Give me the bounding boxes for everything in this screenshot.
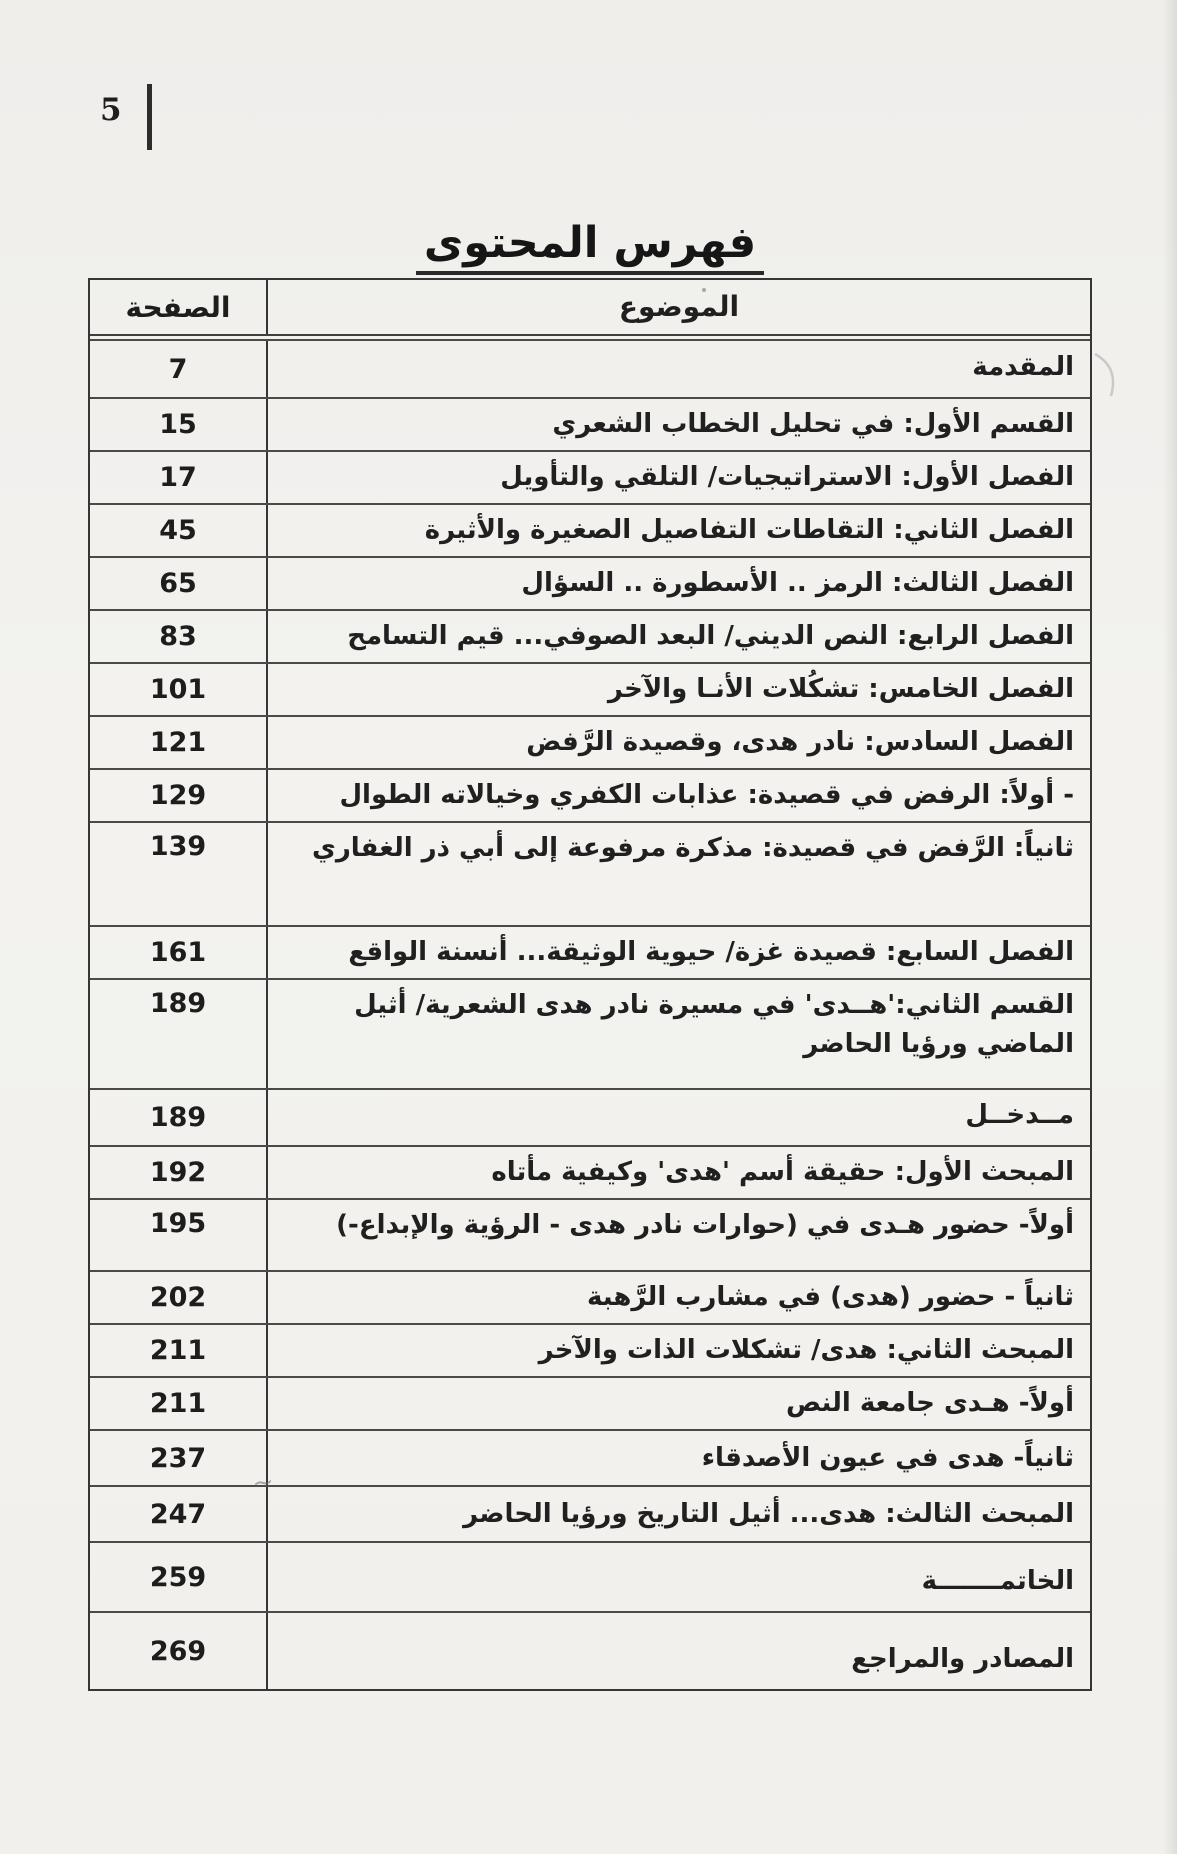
toc-page-cell: 259 bbox=[90, 1543, 268, 1611]
toc-topic-cell: الفصل الخامس: تشكُلات الأنـا والآخر bbox=[268, 664, 1090, 715]
toc-page-cell: 139 bbox=[90, 823, 268, 925]
toc-page-cell: 129 bbox=[90, 770, 268, 821]
toc-page-cell: 202 bbox=[90, 1272, 268, 1323]
toc-header-topic: الموضوع bbox=[268, 280, 1090, 334]
toc-row: 101 الفصل الخامس: تشكُلات الأنـا والآخر bbox=[90, 662, 1090, 715]
toc-page-cell: 211 bbox=[90, 1378, 268, 1429]
toc-row: 195 أولاً- حضور هـدى في (حوارات نادر هدى… bbox=[90, 1198, 1090, 1270]
toc-row: 192 المبحث الأول: حقيقة أسم 'هدى' وكيفية… bbox=[90, 1145, 1090, 1198]
toc-row: 129 - أولاً: الرفض في قصيدة: عذابات الكف… bbox=[90, 768, 1090, 821]
scan-artifact bbox=[1093, 352, 1119, 398]
toc-topic-cell: القسم الأول: في تحليل الخطاب الشعري bbox=[268, 399, 1090, 450]
toc-topic-cell: المبحث الثالث: هدى... أثيل التاريخ ورؤيا… bbox=[268, 1487, 1090, 1541]
toc-row: 189 القسم الثاني:'هــدى' في مسيرة نادر ه… bbox=[90, 978, 1090, 1088]
toc-row: 247 المبحث الثالث: هدى... أثيل التاريخ و… bbox=[90, 1485, 1090, 1541]
toc-row: 7 المقدمة bbox=[90, 339, 1090, 397]
toc-topic-cell: أولاً- حضور هـدى في (حوارات نادر هدى - ا… bbox=[268, 1200, 1090, 1270]
toc-page-cell: 192 bbox=[90, 1147, 268, 1198]
toc-topic-cell: الخاتمـــــــة bbox=[268, 1543, 1090, 1611]
title-container: فهرس المحتوى bbox=[88, 218, 1092, 275]
scan-edge-shadow bbox=[1163, 0, 1177, 1854]
toc-topic-cell: ثانياً- هدى في عيون الأصدقاء bbox=[268, 1431, 1090, 1485]
toc-row: 139 ثانياً: الرَّفض في قصيدة: مذكرة مرفو… bbox=[90, 821, 1090, 925]
toc-row: 121 الفصل السادس: نادر هدى، وقصيدة الرَّ… bbox=[90, 715, 1090, 768]
toc-topic-cell: المصادر والمراجع bbox=[268, 1613, 1090, 1689]
toc-row: 83 الفصل الرابع: النص الديني/ البعد الصو… bbox=[90, 609, 1090, 662]
toc-row: 17 الفصل الأول: الاستراتيجيات/ التلقي وا… bbox=[90, 450, 1090, 503]
toc-page-cell: 17 bbox=[90, 452, 268, 503]
toc-topic-cell: الفصل السادس: نادر هدى، وقصيدة الرَّفض bbox=[268, 717, 1090, 768]
toc-page-cell: 161 bbox=[90, 927, 268, 978]
toc-row: 211 المبحث الثاني: هدى/ تشكلات الذات وال… bbox=[90, 1323, 1090, 1376]
toc-page-cell: 65 bbox=[90, 558, 268, 609]
toc-row: 65 الفصل الثالث: الرمز .. الأسطورة .. ال… bbox=[90, 556, 1090, 609]
toc-topic-cell: الفصل الأول: الاستراتيجيات/ التلقي والتأ… bbox=[268, 452, 1090, 503]
toc-row: 189 مــدخــل bbox=[90, 1088, 1090, 1145]
toc-row: 15 القسم الأول: في تحليل الخطاب الشعري bbox=[90, 397, 1090, 450]
toc-topic-cell: ثانياً: الرَّفض في قصيدة: مذكرة مرفوعة إ… bbox=[268, 823, 1090, 925]
toc-page-cell: 211 bbox=[90, 1325, 268, 1376]
toc-row: 237 ثانياً- هدى في عيون الأصدقاء bbox=[90, 1429, 1090, 1485]
toc-page-cell: 269 bbox=[90, 1613, 268, 1689]
folio-rule bbox=[147, 84, 152, 150]
toc-topic-cell: مــدخــل bbox=[268, 1090, 1090, 1145]
toc-row: 202 ثانياً - حضور (هدى) في مشارب الرَّهب… bbox=[90, 1270, 1090, 1323]
toc-table: الصفحة الموضوع 7 المقدمة 15 القسم الأول:… bbox=[88, 278, 1092, 1691]
toc-topic-cell: الفصل الثاني: التقاطات التفاصيل الصغيرة … bbox=[268, 505, 1090, 556]
toc-topic-cell: الفصل الرابع: النص الديني/ البعد الصوفي.… bbox=[268, 611, 1090, 662]
toc-topic-cell: المبحث الثاني: هدى/ تشكلات الذات والآخر bbox=[268, 1325, 1090, 1376]
toc-topic-cell: الفصل الثالث: الرمز .. الأسطورة .. السؤا… bbox=[268, 558, 1090, 609]
toc-row: 161 الفصل السابع: قصيدة غزة/ حيوية الوثي… bbox=[90, 925, 1090, 978]
toc-topic-cell: - أولاً: الرفض في قصيدة: عذابات الكفري و… bbox=[268, 770, 1090, 821]
toc-topic-cell: الفصل السابع: قصيدة غزة/ حيوية الوثيقة..… bbox=[268, 927, 1090, 978]
toc-page-cell: 195 bbox=[90, 1200, 268, 1270]
toc-topic-cell: القسم الثاني:'هــدى' في مسيرة نادر هدى ا… bbox=[268, 980, 1090, 1088]
toc-topic-cell: المقدمة bbox=[268, 341, 1090, 397]
toc-page-cell: 189 bbox=[90, 980, 268, 1088]
toc-row: 211 أولاً- هـدى جامعة النص bbox=[90, 1376, 1090, 1429]
toc-topic-cell: أولاً- هـدى جامعة النص bbox=[268, 1378, 1090, 1429]
toc-page-cell: 15 bbox=[90, 399, 268, 450]
folio-page-number: 5 bbox=[100, 92, 122, 128]
toc-header-page: الصفحة bbox=[90, 280, 268, 334]
toc-page-cell: 101 bbox=[90, 664, 268, 715]
toc-page-cell: 7 bbox=[90, 341, 268, 397]
toc-page-cell: 189 bbox=[90, 1090, 268, 1145]
toc-page-cell: 247 bbox=[90, 1487, 268, 1541]
toc-header-row: الصفحة الموضوع bbox=[90, 280, 1090, 336]
toc-page-cell: 83 bbox=[90, 611, 268, 662]
page-title: فهرس المحتوى bbox=[416, 218, 764, 275]
toc-row: 269 المصادر والمراجع bbox=[90, 1611, 1090, 1689]
toc-topic-cell: ثانياً - حضور (هدى) في مشارب الرَّهبة bbox=[268, 1272, 1090, 1323]
toc-page-cell: 121 bbox=[90, 717, 268, 768]
toc-page-cell: 237 bbox=[90, 1431, 268, 1485]
toc-topic-cell: المبحث الأول: حقيقة أسم 'هدى' وكيفية مأت… bbox=[268, 1147, 1090, 1198]
toc-row: 259 الخاتمـــــــة bbox=[90, 1541, 1090, 1611]
toc-page-cell: 45 bbox=[90, 505, 268, 556]
toc-row: 45 الفصل الثاني: التقاطات التفاصيل الصغي… bbox=[90, 503, 1090, 556]
